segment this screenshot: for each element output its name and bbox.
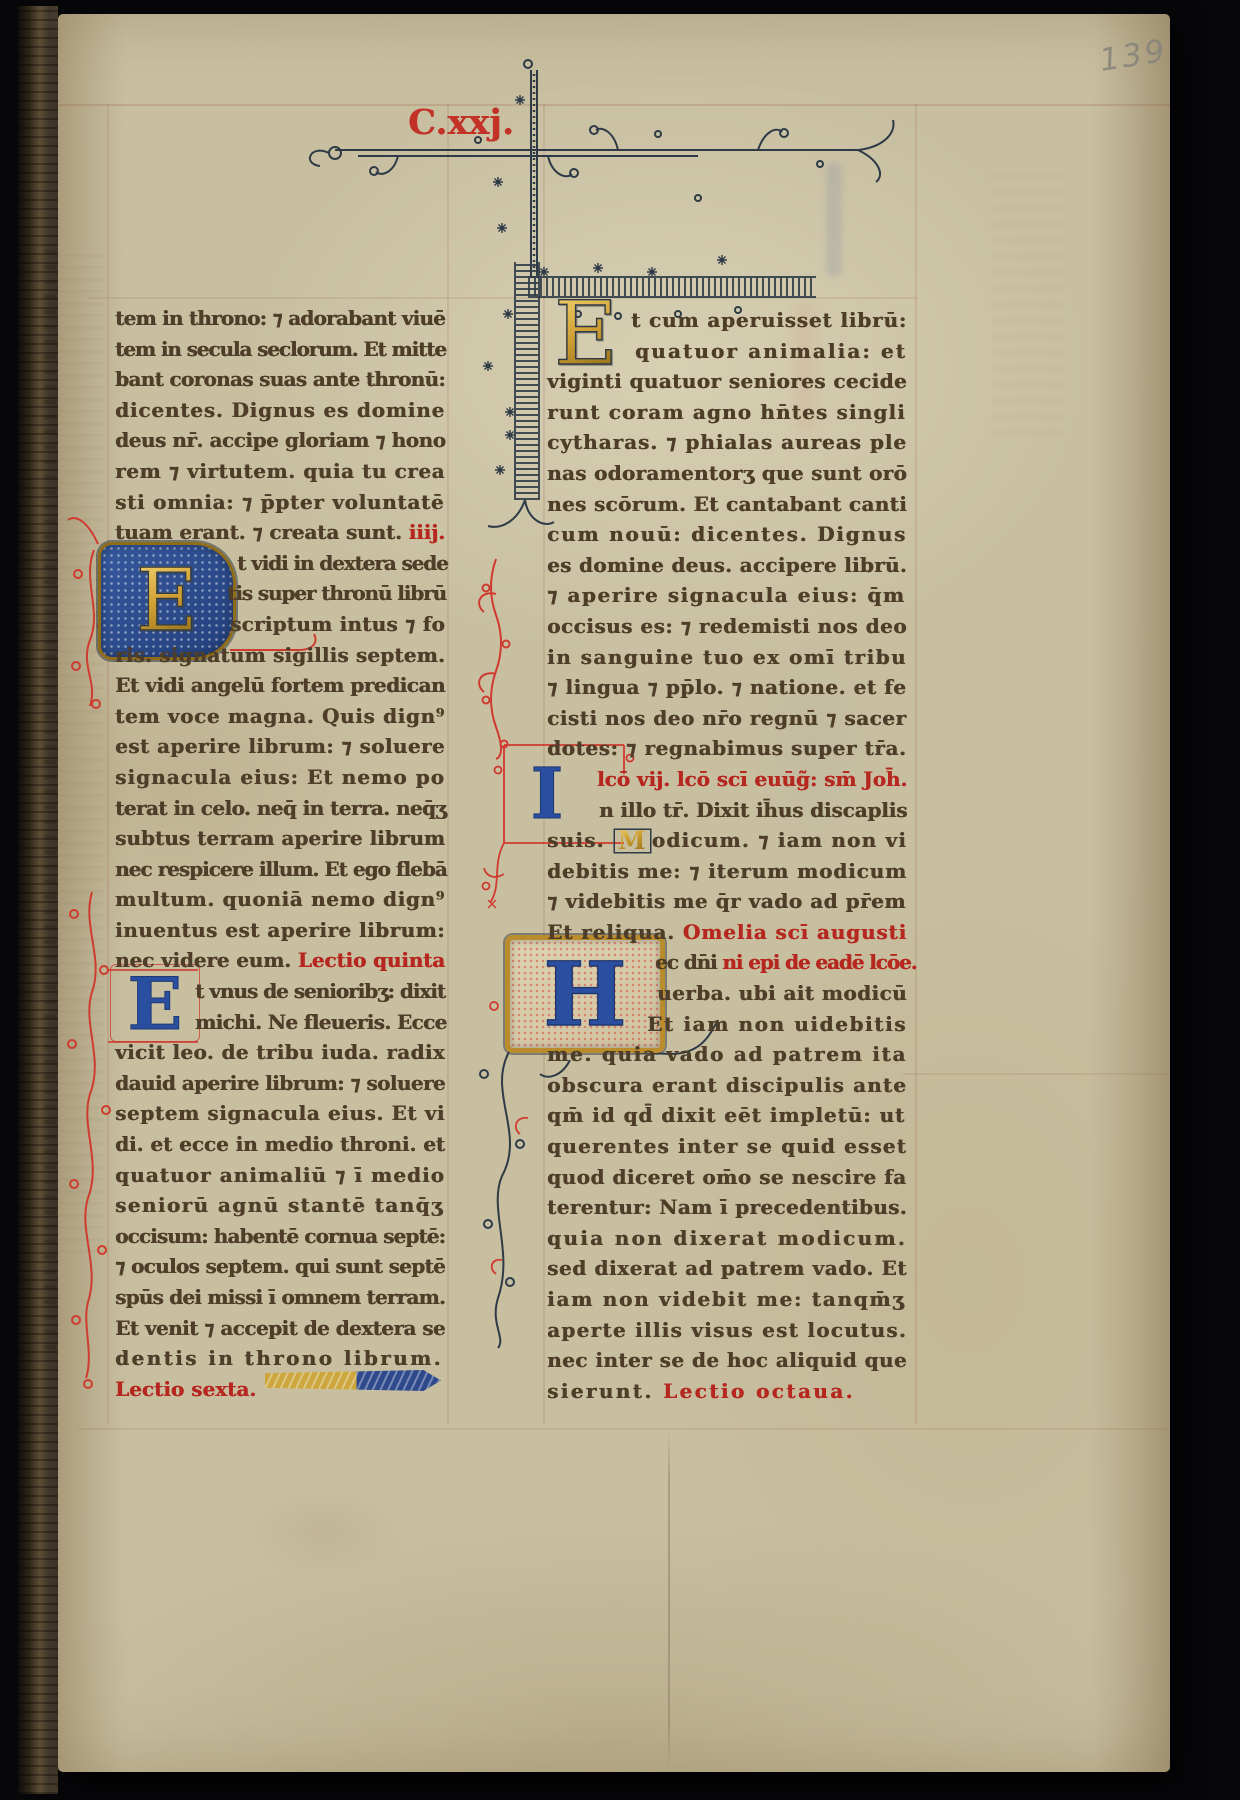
body-text: sierunt. (547, 1379, 663, 1403)
manuscript-text-line: ec dn̄i ni epi de eadē lcōe. (547, 947, 907, 978)
manuscript-text-line: nec videre eum. Lectio quinta (115, 945, 445, 976)
body-text: Et iam non uidebitis (647, 1012, 907, 1036)
manuscript-text-line: septem signacula eius. Et vi (115, 1098, 445, 1129)
rubric-text: ni epi de eadē lcōe. (722, 950, 916, 974)
body-text: n illo tr̄. Dixit ih̄us discaplis (599, 798, 907, 822)
manuscript-text-line: bant coronas suas ante thronū: (115, 364, 445, 395)
body-text: deus nr̄. accipe gloriam ⁊ hono (115, 428, 445, 452)
adjacent-page-text-showing (44, 250, 56, 1350)
body-text: dotes: ⁊ regnabimus super tr̄a. (547, 736, 906, 760)
manuscript-text-line: qm̄ id qd̄ dixit eēt impletū: ut (547, 1100, 907, 1131)
manuscript-text-line: signacula eius: Et nemo po (115, 762, 445, 793)
body-text: ris. signatum sigillis septem. (115, 643, 445, 667)
manuscript-text-line: ⁊ videbitis me q̄r vado ad pr̄em (547, 886, 907, 917)
body-text: cisti nos deo nr̄o regnū ⁊ sacer (547, 706, 906, 730)
parchment-stain (238, 1484, 408, 1579)
body-text: nec videre eum. (115, 948, 298, 972)
manuscript-text-line: runt coram agno hn̄tes singli (547, 397, 907, 428)
left-margin-showthrough (58, 254, 104, 1254)
ink-showthrough-mark (826, 162, 842, 277)
ruling-col2-right (915, 104, 917, 1424)
rubric-text: iiij. (409, 520, 445, 544)
manuscript-text-line: tis super thronū librū (115, 578, 445, 609)
manuscript-text-line: lcō vij. lcō scī euūg̃: sm̄ Joh̄. (547, 764, 907, 795)
manuscript-text-line: dicentes. Dignus es domine (115, 395, 445, 426)
manuscript-text-line: ⁊ lingua ⁊ pp̄lo. ⁊ natione. et fe (547, 672, 907, 703)
manuscript-text-line: sed dixerat ad patrem vado. Et (547, 1253, 907, 1284)
body-text: cum nouū: dicentes. Dignus (547, 522, 907, 546)
manuscript-text-line: tem in throno: ⁊ adorabant viuē (115, 303, 445, 334)
text-column-left: tem in throno: ⁊ adorabant viuētem in se… (115, 303, 445, 1404)
body-text: quatuor animaliū ⁊ ī medio (115, 1163, 445, 1187)
body-text: dauid aperire librum: ⁊ soluere (115, 1071, 445, 1095)
ruling-line-top (58, 104, 1170, 106)
manuscript-text-line: aperte illis visus est locutus. (547, 1315, 907, 1346)
manuscript-text-line: quatuor animalia: et (547, 336, 907, 367)
manuscript-text-line: di. et ecce in medio throni. et (115, 1129, 445, 1160)
manuscript-text-line: me. quia vado ad patrem ita (547, 1039, 907, 1070)
manuscript-text-line: nas odoramentorʒ que sunt orō (547, 458, 907, 489)
manuscript-text-line: scriptum intus ⁊ fo (115, 609, 445, 640)
body-text: inuentus est aperire librum: (115, 918, 445, 942)
body-text: nec respicere illum. Et ego flebā (115, 857, 447, 881)
body-text: michi. Ne fleueris. Ecce (195, 1010, 447, 1034)
body-text: ec dn̄i (655, 950, 722, 974)
manuscript-text-line: n illo tr̄. Dixit ih̄us discaplis (547, 795, 907, 826)
body-text: occisus es: ⁊ redemisti nos deo (547, 614, 907, 638)
manuscript-text-line: cisti nos deo nr̄o regnū ⁊ sacer (547, 703, 907, 734)
rubric-text: lcō vij. lcō scī euūg̃: sm̄ Joh̄. (597, 767, 907, 791)
body-text: est aperire librum: ⁊ soluere (115, 734, 445, 758)
manuscript-text-line: Lectio sexta. (115, 1374, 445, 1405)
body-text: suis. (547, 828, 613, 852)
manuscript-text-line: terentur: Nam ī precedentibus. (547, 1192, 907, 1223)
penwork-band-vertical (514, 262, 540, 500)
manuscript-text-line: quod diceret om̄o se nescire fa (547, 1162, 907, 1193)
body-text: viginti quatuor seniores cecide (547, 369, 907, 393)
manuscript-text-line: nes scōrum. Et cantabant canti (547, 489, 907, 520)
body-text: ⁊ oculos septem. qui sunt septē (115, 1254, 445, 1278)
body-text: terentur: Nam ī precedentibus. (547, 1195, 907, 1219)
manuscript-text-line: dentis in throno librum. (115, 1343, 445, 1374)
body-text: ⁊ videbitis me q̄r vado ad pr̄em (547, 889, 906, 913)
ruling-line-bottom (78, 1428, 1168, 1430)
text-column-right: t cum aperuisset librū:quatuor animalia:… (547, 305, 907, 1406)
ruling-col1-right (447, 104, 449, 1424)
manuscript-text-line: iam non videbit me: tanqm̄ʒ (547, 1284, 907, 1315)
red-chain-gutter (479, 559, 509, 759)
body-text: di. et ecce in medio throni. et (115, 1132, 445, 1156)
manuscript-text-line: uerba. ubi ait modicū (547, 978, 907, 1009)
manuscript-text-line: ⁊ oculos septem. qui sunt septē (115, 1251, 445, 1282)
body-text: Et venit ⁊ accepit de dextera se (115, 1316, 445, 1340)
photo-background: { "page": { "folio_number": "139", "head… (0, 0, 1240, 1800)
manuscript-text-line: viginti quatuor seniores cecide (547, 366, 907, 397)
manuscript-text-line: sti omnia: ⁊ p̄pter voluntatē (115, 487, 445, 518)
body-text: spūs dei missi ī omnem terram. (115, 1285, 445, 1309)
body-text: sti omnia: ⁊ p̄pter voluntatē (115, 490, 444, 514)
manuscript-text-line: nec respicere illum. Et ego flebā (115, 854, 445, 885)
manuscript-text-line: spūs dei missi ī omnem terram. (115, 1282, 445, 1313)
manuscript-text-line: ris. signatum sigillis septem. (115, 640, 445, 671)
manuscript-text-line: querentes inter se quid esset (547, 1131, 907, 1162)
body-text: signacula eius: Et nemo po (115, 765, 445, 789)
body-text: debitis me: ⁊ iterum modicum (547, 859, 907, 883)
body-text: runt coram agno hn̄tes singli (547, 400, 906, 424)
folio-number-pencil: 139 (1097, 29, 1193, 87)
manuscript-text-line: quatuor animaliū ⁊ ī medio (115, 1160, 445, 1191)
body-text: uerba. ubi ait modicū (657, 981, 907, 1005)
body-text: rem ⁊ virtutem. quia tu crea (115, 459, 445, 483)
manuscript-text-line: Et vidi angelū fortem predican (115, 670, 445, 701)
manuscript-text-line: Et venit ⁊ accepit de dextera se (115, 1313, 445, 1344)
body-text: occisum: habentē cornua septē: (115, 1224, 445, 1248)
body-text: tuam erant. ⁊ creata sunt. (115, 520, 409, 544)
manuscript-text-line: tuam erant. ⁊ creata sunt. iiij. (115, 517, 445, 548)
body-text: sed dixerat ad patrem vado. Et (547, 1256, 907, 1280)
body-text: ⁊ lingua ⁊ pp̄lo. ⁊ natione. et fe (547, 675, 906, 699)
manuscript-text-line: es domine deus. accipere librū. (547, 550, 907, 581)
body-text: nec inter se de hoc aliquid que (547, 1348, 907, 1372)
manuscript-text-line: debitis me: ⁊ iterum modicum (547, 856, 907, 887)
manuscript-text-line: Et reliqua. Omelia scī augusti (547, 917, 907, 948)
body-text: vicit leo. de tribu iuda. radix (115, 1040, 445, 1064)
body-text: Et reliqua. (547, 920, 683, 944)
body-text: aperte illis visus est locutus. (547, 1318, 907, 1342)
manuscript-text-line: dotes: ⁊ regnabimus super tr̄a. (547, 733, 907, 764)
rubric-text: Lectio sexta. (115, 1377, 256, 1401)
body-text: dicentes. Dignus es domine (115, 398, 445, 422)
manuscript-text-line: rem ⁊ virtutem. quia tu crea (115, 456, 445, 487)
rubric-text: Lectio octaua. (663, 1379, 855, 1403)
manuscript-text-line: deus nr̄. accipe gloriam ⁊ hono (115, 425, 445, 456)
manuscript-text-line: obscura erant discipulis ante (547, 1070, 907, 1101)
body-text: cytharas. ⁊ phialas aureas ple (547, 430, 907, 454)
manuscript-text-line: occisum: habentē cornua septē: (115, 1221, 445, 1252)
body-text: nas odoramentorʒ que sunt orō (547, 461, 907, 485)
body-text: Et vidi angelū fortem predican (115, 673, 445, 697)
body-text: subtus terram aperire librum (115, 826, 445, 850)
manuscript-text-line: sierunt. Lectio octaua. (547, 1376, 907, 1407)
manuscript-text-line: suis. Modicum. ⁊ iam non vi (547, 825, 907, 856)
body-text: quatuor animalia: et (635, 339, 907, 363)
ruling-col1-left (107, 104, 109, 1424)
body-text: nes scōrum. Et cantabant canti (547, 492, 907, 516)
manuscript-text-line: multum. quoniā nemo dign⁹ (115, 884, 445, 915)
manuscript-text-line: quia non dixerat modicum. (547, 1223, 907, 1254)
body-text: tis super thronū librū (227, 581, 446, 605)
manuscript-text-line: seniorū agnū stantē tanq̄ʒ (115, 1190, 445, 1221)
rubric-text: Omelia scī augusti (683, 920, 907, 944)
body-text: t vidi in dextera sede (237, 551, 448, 575)
red-offset-ghost (991, 174, 1063, 446)
manuscript-text-line: subtus terram aperire librum (115, 823, 445, 854)
manuscript-text-line: tem voce magna. Quis dign⁹ (115, 701, 445, 732)
manuscript-text-line: nec inter se de hoc aliquid que (547, 1345, 907, 1376)
body-text: tem in throno: ⁊ adorabant viuē (115, 306, 445, 330)
manuscript-text-line: cum nouū: dicentes. Dignus (547, 519, 907, 550)
body-text: dentis in throno librum. (115, 1346, 443, 1370)
body-text: scriptum intus ⁊ fo (230, 612, 445, 636)
manuscript-text-line: occisus es: ⁊ redemisti nos deo (547, 611, 907, 642)
body-text: qm̄ id qd̄ dixit eēt impletū: ut (547, 1103, 905, 1127)
body-text: es domine deus. accipere librū. (547, 553, 907, 577)
manuscript-text-line: Et iam non uidebitis (547, 1009, 907, 1040)
body-text: bant coronas suas ante thronū: (115, 367, 445, 391)
manuscript-text-line: terat in celo. neq̄ in terra. neq̄ʒ (115, 793, 445, 824)
body-text: tem in secula seclorum. Et mitte (115, 337, 446, 361)
body-text: terat in celo. neq̄ in terra. neq̄ʒ (115, 796, 446, 820)
ruling-line-margin-right (903, 1073, 1168, 1075)
body-text: septem signacula eius. Et vi (115, 1101, 445, 1125)
manuscript-text-line: t vidi in dextera sede (115, 548, 445, 579)
body-text: t vnus de senioribʒ: dixit (195, 979, 445, 1003)
parchment-fold (668, 1430, 670, 1770)
manuscript-text-line: dauid aperire librum: ⁊ soluere (115, 1068, 445, 1099)
manuscript-text-line: cytharas. ⁊ phialas aureas ple (547, 427, 907, 458)
body-text: quia non dixerat modicum. (547, 1226, 907, 1250)
body-text: quod diceret om̄o se nescire fa (547, 1165, 907, 1189)
body-text: iam non videbit me: tanqm̄ʒ (547, 1287, 905, 1311)
manuscript-text-line: inuentus est aperire librum: (115, 915, 445, 946)
manuscript-page: 139 C.xxj. (58, 14, 1170, 1772)
chapter-heading: C.xxj. (408, 102, 514, 143)
body-text: me. quia vado ad patrem ita (547, 1042, 907, 1066)
body-text: t cum aperuisset librū: (631, 308, 907, 332)
manuscript-text-line: t vnus de senioribʒ: dixit (115, 976, 445, 1007)
body-text: tem voce magna. Quis dign⁹ (115, 704, 445, 728)
rubric-text: Lectio quinta (298, 948, 445, 972)
manuscript-text-line: tem in secula seclorum. Et mitte (115, 334, 445, 365)
body-text: multum. quoniā nemo dign⁹ (115, 887, 445, 911)
manuscript-text-line: vicit leo. de tribu iuda. radix (115, 1037, 445, 1068)
manuscript-text-line: t cum aperuisset librū: (547, 305, 907, 336)
body-text: querentes inter se quid esset (547, 1134, 907, 1158)
body-text: odicum. ⁊ iam non vi (652, 828, 907, 852)
body-text: obscura erant discipulis ante (547, 1073, 907, 1097)
body-text: ⁊ aperire signacula eius: q̄m (547, 583, 905, 607)
manuscript-text-line: michi. Ne fleueris. Ecce (115, 1007, 445, 1038)
body-text: in sanguine tuo ex omī tribu (547, 645, 907, 669)
body-text: seniorū agnū stantē tanq̄ʒ (115, 1193, 444, 1217)
manuscript-text-line: est aperire librum: ⁊ soluere (115, 731, 445, 762)
manuscript-text-line: in sanguine tuo ex omī tribu (547, 642, 907, 673)
body-text: M (615, 830, 650, 852)
manuscript-text-line: ⁊ aperire signacula eius: q̄m (547, 580, 907, 611)
